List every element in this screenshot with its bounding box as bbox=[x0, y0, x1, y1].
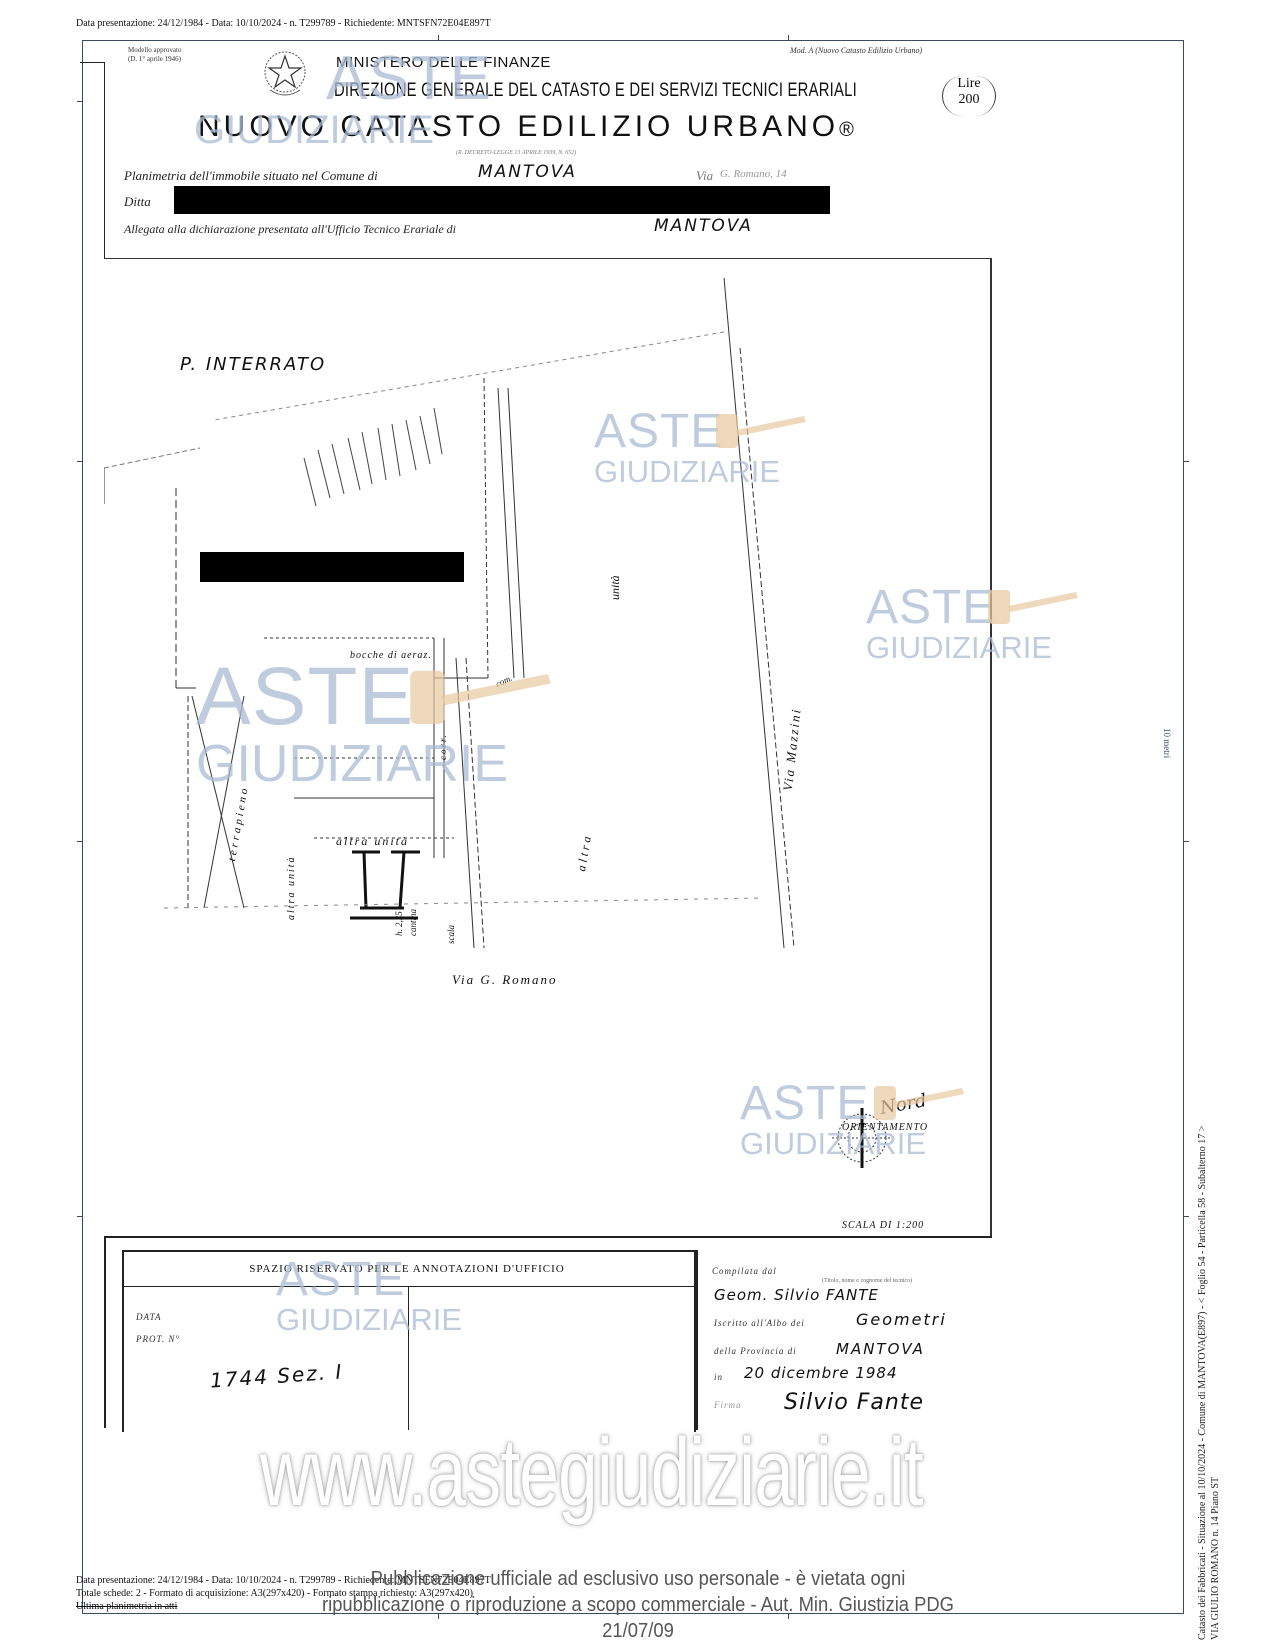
label-cantina: cantina bbox=[408, 909, 418, 936]
provincia-label: della Provincia di bbox=[714, 1346, 797, 1356]
form-border-corner bbox=[80, 62, 104, 63]
label-unita: unità bbox=[608, 575, 623, 600]
data-value: 20 dicembre 1984 bbox=[744, 1364, 898, 1382]
registered-mark: ® bbox=[839, 119, 854, 141]
watermark-url: www.astegiudiziarie.it bbox=[260, 1418, 923, 1528]
model-note: Modello approvato (D. 1° aprile 1946) bbox=[128, 46, 181, 64]
republic-emblem-icon bbox=[262, 46, 308, 100]
office-prot-label: PROT. N° bbox=[136, 1334, 180, 1344]
side-line-2: VIA GIULIO ROMANO n. 14 Piano ST bbox=[1209, 1126, 1222, 1640]
gavel-icon bbox=[984, 586, 1080, 630]
street-bottom-label: Via G. Romano bbox=[452, 972, 558, 988]
watermark-giudiziarie: GIUDIZIARIE bbox=[594, 456, 780, 487]
ditta-label: Ditta bbox=[124, 194, 151, 210]
request-meta-line: Data presentazione: 24/12/1984 - Data: 1… bbox=[76, 18, 491, 29]
albo-value: Geometri bbox=[856, 1310, 947, 1329]
iscritto-label: Iscritto all'Albo dei bbox=[714, 1318, 805, 1328]
publication-line-1: Pubblicazione ufficiale ad esclusivo uso… bbox=[288, 1566, 987, 1592]
compilata-label: Compilata dal bbox=[712, 1266, 777, 1276]
watermark-aste: ASTE bbox=[326, 48, 492, 110]
via-label: Via bbox=[696, 168, 713, 184]
form-left-border bbox=[104, 62, 105, 258]
watermark-giudiziarie: GIUDIZIARIE bbox=[196, 738, 508, 790]
model-note-line2: (D. 1° aprile 1946) bbox=[128, 55, 181, 64]
fee-currency: Lire bbox=[943, 76, 995, 92]
scale-mark: 10 metri bbox=[1162, 728, 1172, 758]
gavel-icon bbox=[404, 664, 554, 734]
model-note-line1: Modello approvato bbox=[128, 46, 181, 55]
side-line-1: Catasto dei Fabbricati - Situazione al 1… bbox=[1196, 1126, 1209, 1640]
redacted-owner bbox=[174, 186, 830, 214]
ufficio-value: MANTOVA bbox=[654, 216, 753, 236]
firma-value: Silvio Fante bbox=[784, 1390, 924, 1415]
watermark-giudiziarie: GIUDIZIARIE bbox=[276, 1304, 462, 1335]
watermark-logo: ASTE GIUDIZIARIE bbox=[326, 48, 492, 150]
allegata-label: Allegata alla dichiarazione presentata a… bbox=[124, 222, 456, 237]
model-code: Mod. A (Nuovo Catasto Edilizio Urbano) bbox=[790, 46, 922, 55]
watermark-logo: ASTE GIUDIZIARIE bbox=[276, 1256, 462, 1335]
signature-divider bbox=[696, 1250, 698, 1430]
fee-stamp: Lire 200 bbox=[942, 76, 996, 116]
tecnico-name: Geom. Silvio FANTE bbox=[714, 1286, 879, 1304]
label-altra-unita: altra unità bbox=[336, 834, 409, 849]
planimetria-label: Planimetria dell'immobile situato nel Co… bbox=[124, 168, 378, 184]
publication-notice: Pubblicazione ufficiale ad esclusivo uso… bbox=[288, 1566, 987, 1644]
watermark-giudiziarie: GIUDIZIARIE bbox=[194, 110, 492, 150]
office-data-label: DATA bbox=[136, 1312, 162, 1322]
compilata-note: (Titolo, nome e cognome del tecnico) bbox=[822, 1278, 912, 1284]
comune-value: MANTOVA bbox=[478, 162, 577, 182]
redacted-block bbox=[200, 552, 464, 582]
watermark-giudiziarie: GIUDIZIARIE bbox=[866, 632, 1052, 663]
label-scala: scala bbox=[446, 925, 456, 944]
provincia-value: MANTOVA bbox=[836, 1340, 925, 1358]
label-altra-unita-2: altra unità bbox=[286, 855, 297, 920]
gavel-icon bbox=[712, 410, 808, 454]
decree-reference: (R. DECRETO-LEGGE 13 APRILE 1939, N. 652… bbox=[456, 150, 576, 156]
scale-label: SCALA DI 1:200 bbox=[842, 1220, 924, 1231]
gavel-icon bbox=[870, 1082, 966, 1126]
side-cadastral-info: Catasto dei Fabbricati - Situazione al 1… bbox=[1196, 1126, 1222, 1640]
watermark-giudiziarie: GIUDIZIARIE bbox=[740, 1128, 926, 1159]
label-height: h. 2,35 bbox=[394, 911, 404, 936]
publication-line-2: ripubblicazione o riproduzione a scopo c… bbox=[288, 1592, 987, 1644]
watermark-aste: ASTE bbox=[276, 1256, 462, 1304]
firma-label: Firma bbox=[714, 1400, 742, 1410]
data-label: in bbox=[714, 1372, 723, 1382]
fee-amount: 200 bbox=[943, 92, 995, 108]
via-value: G. Romano, 14 bbox=[720, 168, 787, 180]
